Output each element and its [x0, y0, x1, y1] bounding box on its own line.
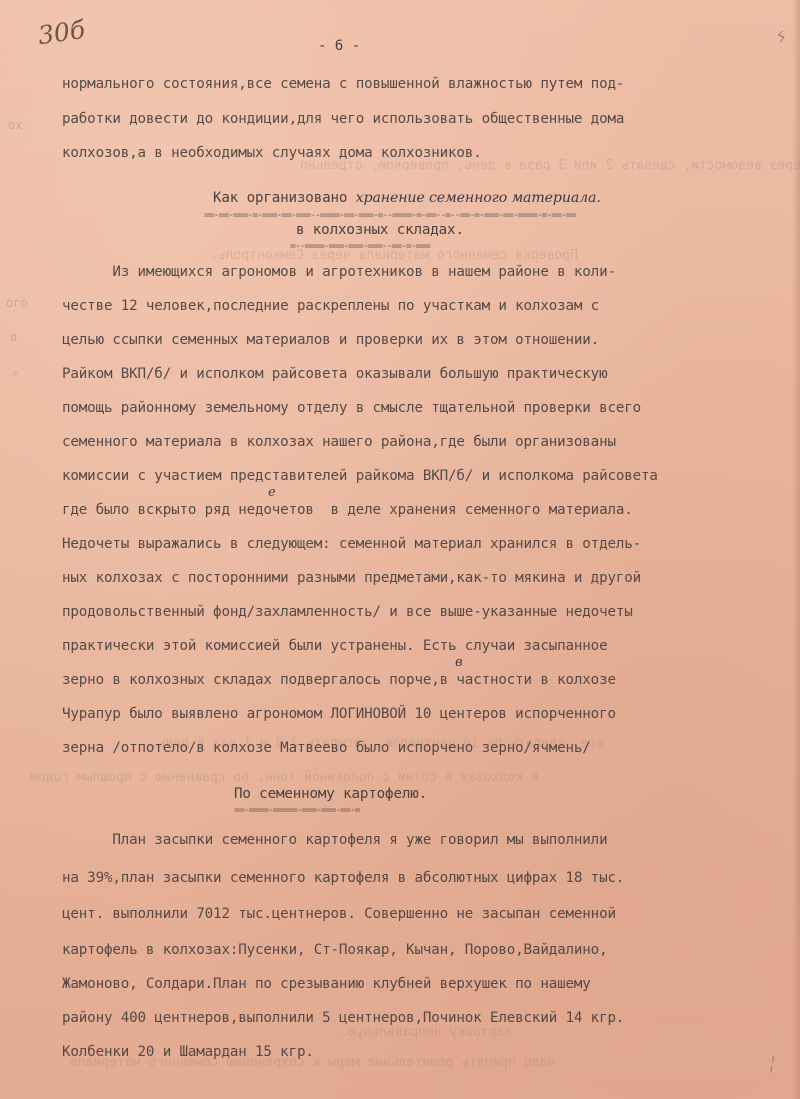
section-heading-potato: По семенному картофелю.	[234, 786, 427, 802]
subheading-underline: =--====-===-===-===--==-=-===	[290, 241, 430, 252]
text-line: зерна /отпотело/в колхозе Матвеево было …	[62, 740, 591, 756]
text-line: картофель в колхозах:Пусенки, Ст-Поякар,…	[62, 942, 607, 958]
section-heading-storage: Как организовано хранение семенного мате…	[213, 190, 601, 206]
section-subheading-storage: в колхозных складах.	[296, 222, 464, 238]
text-line: колхозов,а в необходимых случаях дома ко…	[62, 145, 482, 161]
text-line: ных колхозах с посторонними разными пред…	[62, 570, 641, 586]
heading-underline: ==-====-=====-===-===-==-=	[234, 805, 359, 816]
text-line: семенного материала в колхозах нашего ра…	[62, 434, 616, 450]
text-line: План засыпки семенного картофеля я уже г…	[62, 832, 607, 848]
text-line: Райком ВКП/б/ и исполком райсовета оказы…	[62, 366, 607, 382]
text-line: где было вскрыто ряд недочетов в деле хр…	[62, 502, 633, 518]
heading-typed-part: Как организовано	[213, 190, 356, 206]
text-line: на 39%,план засыпки семенного картофеля …	[62, 870, 624, 886]
text-line: практически этой комиссией были устранен…	[62, 638, 607, 654]
text-line: продовольственный фонд/захламленность/ и…	[62, 604, 633, 620]
scanned-document-page: через ведомости, сделать 2 или 3 раза в …	[0, 0, 800, 1099]
text-line: Недочеты выражались в следующем: семенно…	[62, 536, 641, 552]
margin-mark: ∘	[12, 366, 19, 380]
text-line: целью ссыпки семенных материалов и прове…	[62, 332, 599, 348]
bleed-through-line: картошку неправильную.	[340, 1025, 512, 1040]
heading-underline: ==-==-===-=-===-==-===--====-==-===-=--=…	[204, 210, 575, 221]
text-line: нормального состояния,все семена с повыш…	[62, 76, 624, 92]
heading-handwritten-part: хранение семенного материала.	[356, 190, 601, 206]
handwritten-insertion: в	[455, 655, 463, 670]
archive-number: 30б	[36, 15, 87, 50]
text-line: Чурапур было выявлено агрономом ЛОГИНОВО…	[62, 706, 616, 722]
text-line: помощь районному земельному отделу в смы…	[62, 400, 641, 416]
text-line: Колбенки 20 и Шамардан 15 кгр.	[62, 1044, 314, 1060]
page-number: - 6 -	[318, 38, 360, 54]
text-line: работки довести до кондиции,для чего исп…	[62, 111, 624, 127]
text-line: зерно в колхозных складах подвергалось п…	[62, 672, 616, 688]
text-line: району 400 центнеров,выполнили 5 центнер…	[62, 1010, 624, 1026]
text-line: Из имеющихся агрономов и агротехников в …	[62, 264, 616, 280]
text-line: Жамоново, Солдари.План по срезыванию клу…	[62, 976, 591, 992]
bleed-through-line: в колхозах в сотни с половиной тонн, по …	[30, 770, 539, 785]
margin-mark: ох	[8, 118, 22, 132]
handwritten-insertion: е	[268, 485, 276, 500]
margin-mark: о	[10, 330, 17, 344]
bottom-stamp-mark: ∽∽	[763, 1053, 780, 1075]
text-line: комиссии с участием представителей райко…	[62, 468, 658, 484]
text-line: цент. выполнили 7012 тыс.центнеров. Сове…	[62, 906, 616, 922]
text-line: честве 12 человек,последние раскреплены …	[62, 298, 599, 314]
margin-mark: ого	[6, 296, 28, 310]
corner-pencil-mark: ϟ	[773, 27, 790, 48]
